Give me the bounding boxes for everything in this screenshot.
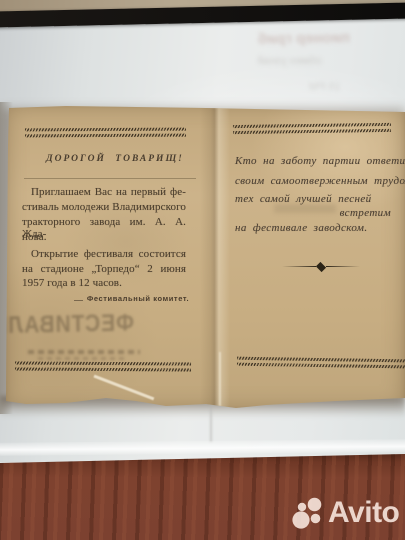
poem-line: своим самоотверженным трудом, [235, 175, 393, 187]
mirrored-showthrough-title: ФЕСТИВАЛЬ [8, 310, 134, 340]
showthrough-text-line-1: пионер гриб [199, 28, 405, 49]
avito-watermark: Avito [291, 496, 399, 530]
heading-rule [24, 178, 196, 179]
poem-line: Кто на заботу партии ответил [235, 155, 393, 167]
ornamental-border-bottom-right [237, 357, 405, 371]
opening-text-line: 1957 года в 12 часов. [22, 277, 186, 289]
avito-wordmark: Avito [328, 496, 399, 530]
mirrored-showthrough-smudge [38, 357, 124, 360]
ornamental-border-top-right [233, 123, 391, 136]
poem-line: встретим [235, 207, 393, 219]
opening-text-line: Открытие фестиваля состоится [22, 248, 186, 260]
card-crease [219, 352, 221, 406]
invitation-text-line: нова. [22, 231, 186, 243]
mirrored-showthrough-smudge [28, 350, 140, 354]
card-heading: ДОРОГОЙ ТОВАРИЩ! [38, 154, 192, 164]
card-fold-crease [200, 104, 230, 410]
festival-committee-signature: Фестивальный комитет. [86, 294, 190, 303]
avito-logo-icon [291, 496, 325, 530]
signature-dash [74, 300, 83, 301]
ornamental-border-bottom-left [15, 362, 191, 374]
showthrough-text-line-2: обмен узнай [192, 55, 387, 67]
showthrough-text-line-3: 15 РМ [309, 81, 399, 93]
ornamental-border-top-left [25, 128, 186, 140]
invitation-text-line: стиваль молодежи Владимирского [22, 201, 186, 213]
card-crease [94, 375, 155, 400]
poem-line: на фестивале заводском. [235, 222, 393, 234]
photo-scene: пионер гриб обмен узнай 15 РМ ДОРОГОЙ ТО… [0, 0, 405, 540]
diamond-ornament [282, 262, 360, 271]
invitation-card: ДОРОГОЙ ТОВАРИЩ! Приглашаем Вас на первы… [6, 104, 405, 410]
invitation-text-line: Приглашаем Вас на первый фе- [22, 186, 186, 198]
opening-text-line: на стадионе „Торпедо“ 2 июня [22, 263, 186, 275]
